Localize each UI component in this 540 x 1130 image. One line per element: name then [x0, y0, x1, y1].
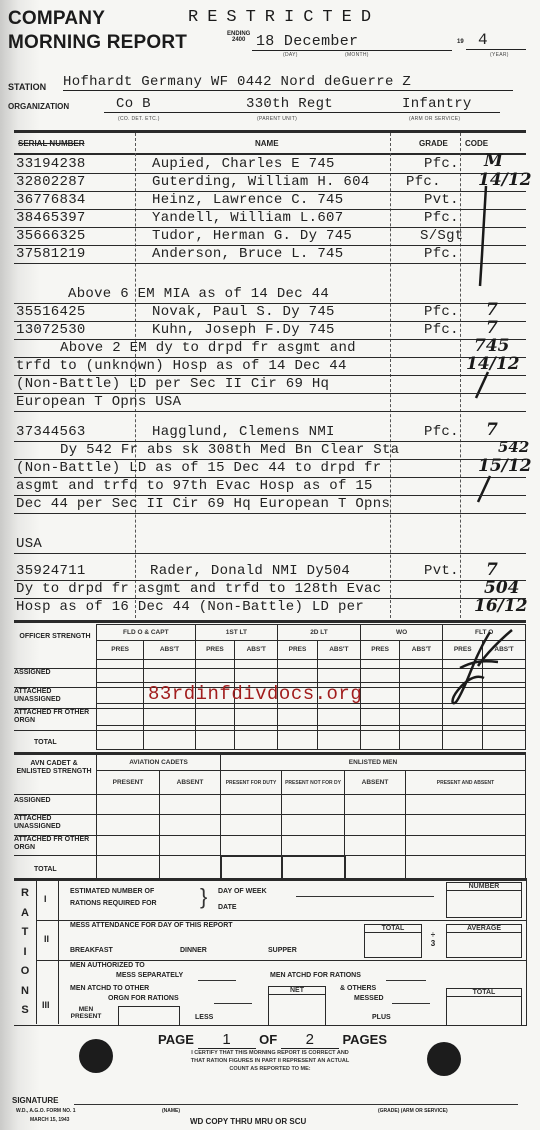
- entry-code: 7: [486, 300, 498, 320]
- rations-divider-v1: [36, 878, 37, 1024]
- rations-divider-h2: [36, 960, 526, 961]
- entry-name: Aupied, Charles E 745: [152, 156, 335, 172]
- average-box[interactable]: AVERAGE: [446, 924, 522, 958]
- rations-total-label: TOTAL: [447, 989, 521, 997]
- entry-remark: Above 2 EM dy to drpd fr asgmt and: [60, 340, 356, 356]
- officer-row-total: TOTAL: [34, 739, 57, 746]
- entry-code: 16/12: [474, 596, 528, 616]
- form-title-line2: MORNING REPORT: [8, 33, 187, 53]
- entry-name: Anderson, Bruce L. 745: [152, 246, 343, 262]
- entry-code: 7: [486, 560, 498, 580]
- rations-section-i-numeral: I: [44, 894, 47, 904]
- brace-icon: }: [200, 884, 207, 910]
- entry-remark: (Non-Battle) LD as of 15 Dec 44 to drpd …: [16, 460, 381, 476]
- day-caption: (DAY): [283, 52, 298, 58]
- entry-code: 7: [486, 318, 498, 338]
- present-and-absent-col: PRESENT AND ABSENT: [406, 771, 526, 795]
- rations-side-label: R A T I O N S: [18, 884, 32, 1021]
- col-serial-number: SERIAL NUMBER: [18, 139, 85, 148]
- entries-bottom-divider: [14, 620, 526, 623]
- enlisted-men-header: ENLISTED MEN: [221, 755, 526, 771]
- enlisted-row-total: TOTAL: [34, 866, 57, 873]
- men-atchd-line2: ORGN FOR RATIONS: [108, 995, 179, 1002]
- columns-divider: [14, 153, 526, 155]
- pres-col: PRES: [278, 641, 318, 659]
- organization-unit: Co B: [116, 96, 151, 112]
- enlisted-line: [14, 814, 526, 815]
- entry-remark: Above 6 EM MIA as of 14 Dec 44: [68, 286, 329, 302]
- handwritten-slash-mark: [472, 474, 496, 504]
- rations-section-ii-numeral: II: [44, 934, 49, 944]
- rations-total-box[interactable]: TOTAL: [446, 988, 522, 1025]
- day-of-week-label: DAY OF WEEK: [218, 888, 267, 895]
- enlisted-line: [14, 835, 526, 836]
- page-number: 1: [198, 1031, 256, 1049]
- entry-grade: S/Sgt: [420, 228, 464, 244]
- col-grade: GRADE: [419, 139, 448, 148]
- entry-serial: 32802287: [16, 174, 86, 190]
- organization-parent-unit: 330th Regt: [246, 96, 333, 112]
- entry-code: 542: [498, 438, 529, 456]
- rations-divider-v2: [58, 878, 59, 1024]
- entry-remark: Dy 542 Fr abs sk 308th Med Bn Clear Sta: [60, 442, 399, 458]
- entry-grade: Pvt.: [424, 563, 459, 579]
- enlisted-absent-col: ABSENT: [345, 771, 406, 795]
- entry-serial: 35516425: [16, 304, 86, 320]
- cadet-present-col: PRESENT: [97, 771, 160, 795]
- entry-name: Hagglund, Clemens NMI: [152, 424, 335, 440]
- entry-grade: Pfc.: [424, 156, 459, 172]
- entry-name: Rader, Donald NMI Dy504: [150, 563, 350, 579]
- entry-remark: trfd to (unknown) Hosp as of 14 Dec 44: [16, 358, 347, 374]
- entry-name: Yandell, William L.607: [152, 210, 343, 226]
- entry-grade: Pfc.: [424, 424, 459, 440]
- page-total: 2: [281, 1031, 339, 1049]
- arm-caption: (ARM OR SERVICE): [409, 116, 460, 122]
- parent-caption: (PARENT UNIT): [257, 116, 297, 122]
- station-label: STATION: [8, 82, 46, 92]
- pres-col: PRES: [360, 641, 400, 659]
- entry-serial: 35666325: [16, 228, 86, 244]
- organization-line: [104, 112, 500, 113]
- abst-col: ABS'T: [144, 641, 195, 659]
- rations-letter: R: [18, 884, 32, 904]
- entry-grade: Pvt.: [424, 192, 459, 208]
- entry-serial: 13072530: [16, 322, 86, 338]
- rations-divider-h1: [36, 920, 526, 921]
- form-number: W.D., A.G.O. FORM NO. 1: [16, 1108, 76, 1114]
- unit-caption: (CO. DET. ETC.): [118, 116, 160, 122]
- entry-remark: European T Opns USA: [16, 394, 181, 410]
- rations-letter: O: [18, 962, 32, 982]
- men-present-label: MEN PRESENT: [70, 1006, 102, 1020]
- row-line: [14, 553, 526, 554]
- classification-stamp: RESTRICTED: [188, 8, 380, 27]
- enlisted-line: [14, 794, 526, 795]
- header-divider: [14, 130, 526, 133]
- breakfast-label: BREAKFAST: [70, 947, 113, 954]
- rations-letter: S: [18, 1001, 32, 1021]
- net-box[interactable]: NET: [268, 986, 326, 1025]
- handwritten-bracket-mark: [470, 180, 500, 290]
- entry-grade: Pfc.: [424, 304, 459, 320]
- enlisted-strength-table: AVIATION CADETS ENLISTED MEN PRESENT ABS…: [96, 754, 526, 880]
- signature-field[interactable]: [74, 1104, 518, 1105]
- rations-letter: I: [18, 943, 32, 963]
- total-attendance-box[interactable]: TOTAL: [364, 924, 422, 958]
- morning-report-form: COMPANY MORNING REPORT RESTRICTED ENDING…: [0, 0, 540, 1130]
- entry-serial: 38465397: [16, 210, 86, 226]
- date-label: DATE: [218, 904, 237, 911]
- estimated-label-line1: ESTIMATED NUMBER OF: [70, 886, 157, 898]
- entry-name: Tudor, Herman G. Dy 745: [152, 228, 352, 244]
- number-box[interactable]: NUMBER: [446, 882, 522, 918]
- present-for-duty-col: PRESENT FOR DUTY: [221, 771, 282, 795]
- pres-col: PRES: [97, 641, 144, 659]
- entry-serial: 36776834: [16, 192, 86, 208]
- entry-serial: 37344563: [16, 424, 86, 440]
- others-messed-field[interactable]: [392, 1003, 430, 1004]
- certification-text: I CERTIFY THAT THIS MORNING REPORT IS CO…: [135, 1049, 405, 1073]
- name-caption: (NAME): [162, 1108, 180, 1114]
- officer-line: [14, 708, 526, 709]
- entry-grade: Pfc.: [424, 210, 459, 226]
- number-box-label: NUMBER: [447, 883, 521, 891]
- average-box-label: AVERAGE: [447, 925, 521, 933]
- men-authorized-line1: MEN AUTHORIZED TO: [70, 962, 145, 969]
- estimated-label-line2: RATIONS REQUIRED FOR: [70, 898, 157, 910]
- entry-grade: Pfc.: [424, 322, 459, 338]
- divide-by-three: ÷ 3: [428, 930, 438, 948]
- officer-row-attached-unassigned: ATTACHED UNASSIGNED: [14, 688, 84, 704]
- of-label: OF: [259, 1032, 277, 1047]
- handwritten-initial-mark: [420, 628, 520, 708]
- present-not-for-duty-col: PRESENT NOT FOR DY: [282, 771, 345, 795]
- officer-line: [14, 730, 526, 731]
- officer-row-attached-other: ATTACHED FR OTHER ORGN: [14, 709, 90, 725]
- entry-code: 504: [484, 578, 520, 598]
- atchd-for-rations-field[interactable]: [386, 980, 426, 981]
- entry-serial: 35924711: [16, 563, 86, 579]
- entry-remark: Hosp as of 16 Dec 44 (Non-Battle) LD per: [16, 599, 364, 615]
- rations-letter: T: [18, 923, 32, 943]
- supper-label: SUPPER: [268, 947, 297, 954]
- col-code: CODE: [465, 139, 488, 148]
- rations-letter: A: [18, 904, 32, 924]
- entry-code: 745: [474, 336, 510, 356]
- abst-col: ABS'T: [317, 641, 360, 659]
- punch-hole-left: [79, 1039, 113, 1073]
- orgn-for-rations-field[interactable]: [214, 1003, 252, 1004]
- copy-note: WD COPY THRU MRU OR SCU: [190, 1117, 306, 1126]
- entry-name: Guterding, William H. 604: [152, 174, 370, 190]
- abst-col: ABS'T: [235, 641, 278, 659]
- report-date: 18 December: [252, 33, 452, 51]
- entry-remark: USA: [16, 536, 42, 552]
- officer-strength-title: OFFICER STRENGTH: [16, 632, 94, 641]
- enlisted-line: [14, 855, 526, 856]
- entry-remark: asgmt and trfd to 97th Evac Hosp as of 1…: [16, 478, 373, 494]
- entry-grade: Pfc.: [406, 174, 441, 190]
- punch-hole-right: [427, 1042, 461, 1076]
- day-of-week-field[interactable]: [296, 896, 434, 897]
- entry-remark: Dy to drpd fr asgmt and trfd to 128th Ev…: [16, 581, 381, 597]
- rations-section-iii-numeral: III: [42, 1000, 50, 1010]
- col-name: NAME: [255, 139, 279, 148]
- grade-caption: (GRADE) (ARM OR SERVICE): [378, 1108, 448, 1114]
- form-date: MARCH 15, 1943: [30, 1117, 69, 1123]
- rations-letter: N: [18, 982, 32, 1002]
- enlisted-strength-title: AVN CADET & ENLISTED STRENGTH: [14, 760, 94, 776]
- entry-serial: 37581219: [16, 246, 86, 262]
- total-attendance-label: TOTAL: [365, 925, 421, 933]
- certify-line3: COUNT AS REPORTED TO ME:: [135, 1065, 405, 1073]
- entry-remark: (Non-Battle) LD per Sec II Cir 69 Hq: [16, 376, 329, 392]
- cadet-absent-col: ABSENT: [160, 771, 221, 795]
- mess-attendance-title: MESS ATTENDANCE FOR DAY OF THIS REPORT: [70, 922, 233, 929]
- entry-remark: Dec 44 per Sec II Cir 69 Hq European T O…: [16, 496, 390, 512]
- rations-estimated-label: ESTIMATED NUMBER OF RATIONS REQUIRED FOR: [70, 886, 157, 910]
- organization-label: ORGANIZATION: [8, 102, 69, 111]
- less-label: LESS: [195, 1014, 213, 1021]
- officer-group-header: 1ST LT: [195, 625, 278, 641]
- entry-name: Novak, Paul S. Dy 745: [152, 304, 335, 320]
- entry-name: Kuhn, Joseph F.Dy 745: [152, 322, 335, 338]
- row-line: [14, 513, 526, 514]
- men-authorized-line2: MESS SEPARATELY: [116, 972, 183, 979]
- year-prefix: 19: [457, 39, 464, 45]
- aviation-cadets-header: AVIATION CADETS: [97, 755, 221, 771]
- page-indicator: PAGE 1 OF 2 PAGES: [158, 1031, 387, 1049]
- enlisted-row-attached-other: ATTACHED FR OTHER ORGN: [14, 836, 90, 852]
- enlisted-row-assigned: ASSIGNED: [14, 797, 51, 804]
- station-value: Hofhardt Germany WF 0442 Nord deGuerre Z: [63, 74, 513, 91]
- officer-row-assigned: ASSIGNED: [14, 669, 51, 676]
- ending-time: 2400: [227, 37, 250, 43]
- report-year: 4: [466, 31, 526, 50]
- pres-col: PRES: [195, 641, 235, 659]
- ending-label: ENDING 2400: [227, 31, 250, 43]
- net-box-label: NET: [269, 987, 325, 995]
- entry-code: 7: [486, 420, 498, 440]
- handwritten-slash-mark: [470, 370, 494, 400]
- dinner-label: DINNER: [180, 947, 207, 954]
- certify-line1: I CERTIFY THAT THIS MORNING REPORT IS CO…: [135, 1049, 405, 1057]
- mess-separately-field[interactable]: [198, 980, 236, 981]
- enlisted-row-attached-unassigned: ATTACHED UNASSIGNED: [14, 815, 84, 831]
- officer-group-header: 2D LT: [278, 625, 361, 641]
- organization-arm: Infantry: [402, 96, 472, 112]
- men-present-box[interactable]: [118, 1006, 180, 1025]
- others-line1: & OTHERS: [340, 985, 376, 992]
- entry-grade: Pfc.: [424, 246, 459, 262]
- entry-code: M: [484, 151, 503, 171]
- entry-name: Heinz, Lawrence C. 745: [152, 192, 343, 208]
- entry-serial: 33194238: [16, 156, 86, 172]
- form-title-line1: COMPANY: [8, 9, 105, 29]
- pages-label: PAGES: [342, 1032, 387, 1047]
- certify-line2: THAT RATION FIGURES IN PART II REPRESENT…: [135, 1057, 405, 1065]
- report-year-value: 4: [466, 31, 488, 49]
- officer-group-header: FLD O & CAPT: [97, 625, 196, 641]
- page-label: PAGE: [158, 1032, 194, 1047]
- men-atchd-line1: MEN ATCHD TO OTHER: [70, 985, 149, 992]
- row-line: [14, 411, 526, 412]
- row-line: [14, 263, 526, 264]
- month-caption: (MONTH): [345, 52, 369, 58]
- report-day-month: 18 December: [252, 33, 358, 50]
- watermark: 83rdinfdivdocs.org: [148, 683, 362, 705]
- plus-label: PLUS: [372, 1014, 391, 1021]
- year-caption: (YEAR): [490, 52, 509, 58]
- others-line2: MESSED: [354, 995, 384, 1002]
- men-atchd-for-rations-label: MEN ATCHD FOR RATIONS: [270, 972, 361, 979]
- signature-label: SIGNATURE: [12, 1096, 59, 1105]
- entry-code: 15/12: [478, 456, 532, 476]
